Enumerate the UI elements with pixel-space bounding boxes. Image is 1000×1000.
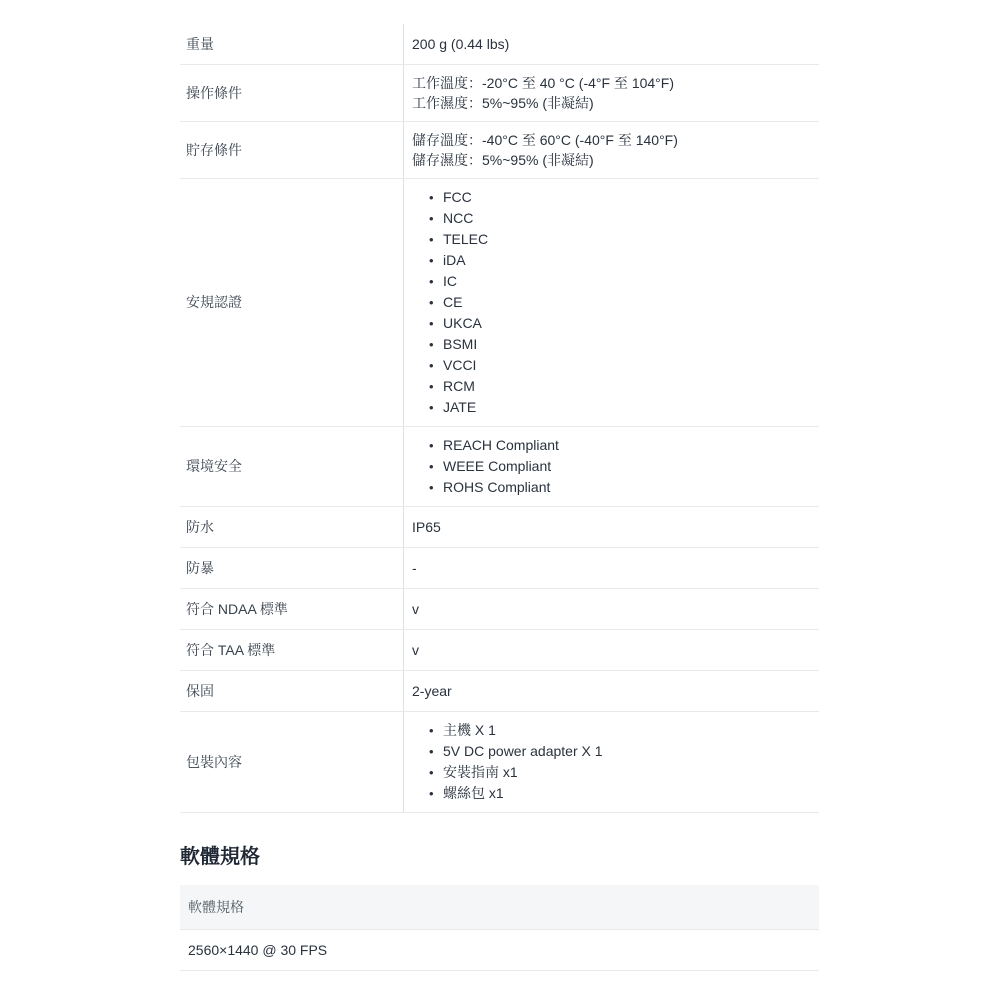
bullet-item: RCM	[412, 376, 819, 397]
spec-row-waterproof: 防水 IP65	[180, 507, 819, 548]
spec-value-line: 儲存溫度：-40°C 至 60°C (-40°F 至 140°F)	[412, 130, 819, 150]
bullet-item: REACH Compliant	[412, 435, 819, 456]
spec-row-package-contents: 包裝內容 主機 X 1 5V DC power adapter X 1 安裝指南…	[180, 712, 819, 813]
spec-label: 環境安全	[180, 427, 403, 506]
bullet-item: ROHS Compliant	[412, 477, 819, 498]
bullet-item: FCC	[412, 187, 819, 208]
bullet-list: FCC NCC TELEC iDA IC CE UKCA BSMI VCCI R…	[412, 187, 819, 418]
bullet-item: BSMI	[412, 334, 819, 355]
bullet-item: 5V DC power adapter X 1	[412, 741, 819, 762]
spec-value-line: 工作濕度：5%~95% (非凝結)	[412, 93, 819, 113]
software-subheader-label: 軟體規格	[188, 897, 244, 917]
spec-label: 防水	[180, 507, 403, 547]
spec-label: 保固	[180, 671, 403, 711]
software-resolution-value: 2560×1440 @ 30 FPS	[188, 942, 327, 958]
spec-value-text: v	[412, 640, 819, 660]
spec-value: v	[403, 630, 819, 670]
spec-row-operating-conditions: 操作條件 工作溫度：-20°C 至 40 °C (-4°F 至 104°F) 工…	[180, 65, 819, 122]
bullet-item: CE	[412, 292, 819, 313]
spec-label: 符合 TAA 標準	[180, 630, 403, 670]
hardware-spec-table: 重量 200 g (0.44 lbs) 操作條件 工作溫度：-20°C 至 40…	[180, 24, 819, 813]
spec-label: 安規認證	[180, 179, 403, 426]
spec-value-text: v	[412, 599, 819, 619]
bullet-item: TELEC	[412, 229, 819, 250]
spec-row-certifications: 安規認證 FCC NCC TELEC iDA IC CE UKCA BSMI V…	[180, 179, 819, 427]
spec-row-weight: 重量 200 g (0.44 lbs)	[180, 24, 819, 65]
spec-value: 儲存溫度：-40°C 至 60°C (-40°F 至 140°F) 儲存濕度：5…	[403, 122, 819, 178]
bullet-item: IC	[412, 271, 819, 292]
spec-value: IP65	[403, 507, 819, 547]
spec-value-text: 2-year	[412, 681, 819, 701]
spec-label: 重量	[180, 24, 403, 64]
spec-value-line: 工作溫度：-20°C 至 40 °C (-4°F 至 104°F)	[412, 73, 819, 93]
bullet-list: 主機 X 1 5V DC power adapter X 1 安裝指南 x1 螺…	[412, 720, 819, 804]
software-resolution-row: 2560×1440 @ 30 FPS	[180, 930, 819, 971]
spec-value-text: IP65	[412, 517, 819, 537]
spec-row-ndaa: 符合 NDAA 標準 v	[180, 589, 819, 630]
spec-row-vandal-proof: 防暴 -	[180, 548, 819, 589]
spec-row-taa: 符合 TAA 標準 v	[180, 630, 819, 671]
bullet-item: iDA	[412, 250, 819, 271]
software-subheader-row: 軟體規格	[180, 885, 819, 930]
bullet-list: REACH Compliant WEEE Compliant ROHS Comp…	[412, 435, 819, 498]
bullet-item: JATE	[412, 397, 819, 418]
spec-value: FCC NCC TELEC iDA IC CE UKCA BSMI VCCI R…	[403, 179, 819, 426]
bullet-item: 主機 X 1	[412, 720, 819, 741]
spec-value: 2-year	[403, 671, 819, 711]
spec-label: 操作條件	[180, 65, 403, 121]
bullet-item: 安裝指南 x1	[412, 762, 819, 783]
spec-value: 200 g (0.44 lbs)	[403, 24, 819, 64]
spec-value: 主機 X 1 5V DC power adapter X 1 安裝指南 x1 螺…	[403, 712, 819, 812]
spec-value: REACH Compliant WEEE Compliant ROHS Comp…	[403, 427, 819, 506]
spec-value-text: -	[412, 558, 819, 578]
spec-label: 符合 NDAA 標準	[180, 589, 403, 629]
bullet-item: UKCA	[412, 313, 819, 334]
spec-value: v	[403, 589, 819, 629]
bullet-item: VCCI	[412, 355, 819, 376]
spec-value-line: 儲存濕度：5%~95% (非凝結)	[412, 150, 819, 170]
spec-label: 包裝內容	[180, 712, 403, 812]
software-spec-table: 軟體規格 2560×1440 @ 30 FPS	[180, 885, 819, 971]
bullet-item: NCC	[412, 208, 819, 229]
spec-value: -	[403, 548, 819, 588]
spec-row-environmental-safety: 環境安全 REACH Compliant WEEE Compliant ROHS…	[180, 427, 819, 507]
section-heading-software-specs: 軟體規格	[180, 845, 819, 869]
spec-row-warranty: 保固 2-year	[180, 671, 819, 712]
page-content: 重量 200 g (0.44 lbs) 操作條件 工作溫度：-20°C 至 40…	[180, 0, 819, 971]
spec-label: 防暴	[180, 548, 403, 588]
spec-value-text: 200 g (0.44 lbs)	[412, 34, 819, 54]
spec-value: 工作溫度：-20°C 至 40 °C (-4°F 至 104°F) 工作濕度：5…	[403, 65, 819, 121]
spec-row-storage-conditions: 貯存條件 儲存溫度：-40°C 至 60°C (-40°F 至 140°F) 儲…	[180, 122, 819, 179]
bullet-item: WEEE Compliant	[412, 456, 819, 477]
spec-label: 貯存條件	[180, 122, 403, 178]
bullet-item: 螺絲包 x1	[412, 783, 819, 804]
